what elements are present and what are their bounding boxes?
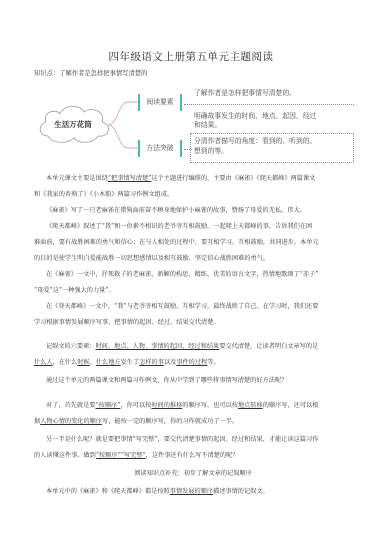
paragraph-line: 据人物心情的变化的顺序写，能按一定的顺序写，你的习作就成功了一半。 — [34, 418, 352, 426]
paragraph: 记叙文的六要素：时间、地点、人物、事情的起因、经过和结果要交代清楚，让读者明白文… — [34, 343, 352, 351]
leaf-text: 和结果。 — [194, 121, 221, 130]
branch-label: 方法突破 — [146, 144, 173, 152]
paragraph: 对了，首先就是要“按顺序”，你可以按时间的推移的顺序写，也可以按地点转移的顺序写… — [34, 402, 352, 410]
mind-map: 生活万花筒 阅读要素 了解作者是怎样把事情写清楚的。 方法突破 明确故事发生的时… — [34, 84, 354, 164]
paragraph: 在《登天都峰》一文中，“我”与老爷爷相互鼓励，互相学习，最终战胜了自己。在学习时… — [34, 303, 352, 311]
dotted-connector — [184, 104, 354, 105]
root-node-label: 生活万花筒 — [40, 119, 106, 130]
leaf-text: 想到的等。 — [194, 147, 228, 156]
document-page: 四年级语文上册第五单元主题阅读 知识点：了解作者是怎样把事情写清楚的 生活万花筒… — [0, 0, 382, 540]
paragraph-line: 难面前，要有战胜困难的勇气和信心；在与人相处的过程中，要互相学习，互相鼓励，共同… — [34, 239, 352, 247]
leaf-text: 了解作者是怎样把事情写清楚的。 — [194, 89, 296, 98]
root-node: 生活万花筒 — [40, 108, 106, 142]
paragraph: 通过这个单元的两篇课文和两篇习作例文，你从中学到了哪些将事情写清楚的好方法呢？ — [34, 377, 352, 385]
paragraph: 本单元中的《麻雀》和《爬天都峰》都是按照事情发展的顺序描述事情的记叙文。 — [34, 488, 352, 496]
supplement-heading: 阅读知识点补充：初步了解文章的记叙顺序 — [34, 470, 352, 478]
paragraph: 本单元课文主要是围绕“把事情写清楚”这个主题进行编排的，主要由《麻雀》《爬天都峰… — [34, 175, 352, 183]
paragraph-line: 和《我家的杏熟了》《小木船》两篇习作例文组成。 — [34, 191, 352, 199]
leaf-text: 明确故事发生的时间、地点、起因、经过 — [194, 112, 316, 121]
paragraph-line: 学习根据事情发展顺序写事，把事情的起因、经过、结果交代清楚。 — [34, 319, 352, 327]
paragraph-line: “母爱”这“一种强大的力量”。 — [34, 287, 352, 295]
paragraph: 另一半是什么呢？就是要把事情“写完整”，要交代清楚事情的起因、经过和结果，才能让… — [34, 436, 352, 444]
paragraph-line: 的目的是使学生明白爱能战胜一切思想感情以及相互鼓励、坚定信心战胜困难的勇气。 — [34, 255, 352, 263]
branch-label: 阅读要素 — [146, 98, 173, 106]
branch-reading-elements: 阅读要素 — [138, 94, 182, 111]
paragraph: 《麻雀》写了一只老麻雀在猎狗面前奋不顾身地保护小麻雀的故事，赞扬了母爱的无私、伟… — [34, 207, 352, 215]
leaf-text: 分清作者描写的角度：看到的、听到的、 — [194, 137, 316, 146]
branch-method-breakthrough: 方法突破 — [138, 140, 182, 157]
paragraph: 《爬天都峰》叙述了“我”和一位素不相识的老爷爷互相鼓励，一起爬上天都峰的事，告诉… — [34, 223, 352, 231]
document-title: 四年级语文上册第五单元主题阅读 — [0, 49, 382, 64]
paragraph-line: 的人读懂这件事。做到“按顺序”“写完整”，这件事还有什么写不清楚的呢？ — [34, 452, 352, 460]
paragraph: 在《麻雀》一文中，抒死救子的老麻雀，新颖的构思，精练、优美的语言文字，热情地歌颂… — [34, 271, 352, 279]
knowledge-point: 知识点：了解作者是怎样把事情写清楚的 — [34, 68, 147, 77]
paragraph-line: 什么人，在什么时候，什么地方发生了怎样的事以及事件的过程等。 — [34, 359, 352, 367]
